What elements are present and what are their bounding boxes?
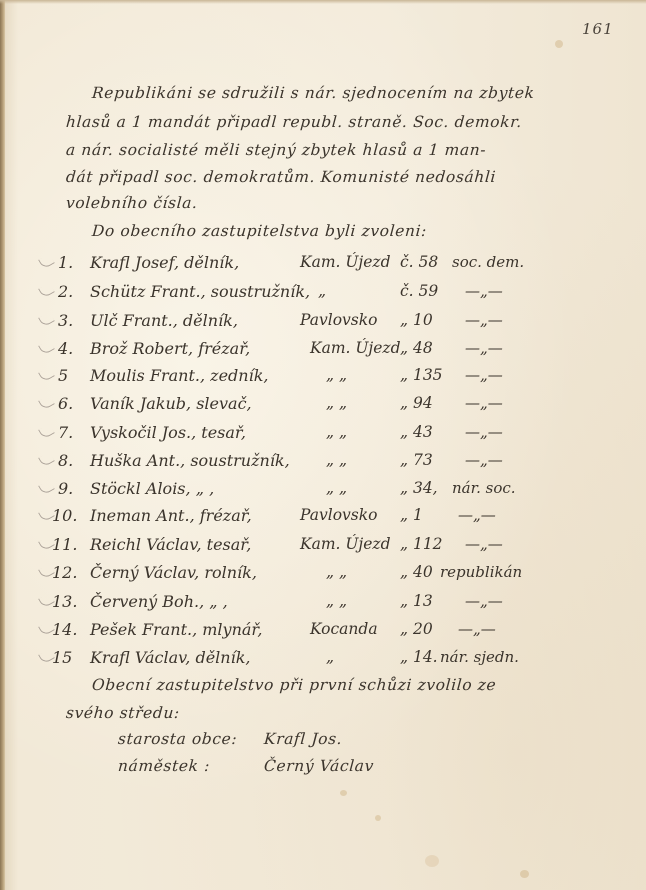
officer-deputy: náměstek :Černý Václav	[117, 757, 374, 775]
elected-entry: 4. Brož Robert, frézař, Kam. Újezd „ 48 …	[0, 339, 646, 367]
elected-entry: 6. Vaník Jakub, slevač, „ „ „ 94 —„—	[0, 394, 646, 422]
entry-place: „ „	[326, 592, 347, 610]
entry-place: Kam. Újezd	[300, 535, 391, 553]
entry-number: 4.	[58, 339, 73, 358]
paper-stain	[425, 855, 439, 867]
checkmark-icon	[38, 282, 55, 298]
checkmark-icon	[38, 253, 55, 269]
elected-entry: 3. Ulč Frant., dělník, Pavlovsko „ 10 —„…	[0, 311, 646, 339]
entry-house-number: „ 135	[400, 366, 443, 384]
elected-entry: 10. Ineman Ant., frézař, Pavlovsko „ 1 —…	[0, 506, 646, 534]
council-line-1: Obecní zastupitelstvo při první schůzi z…	[91, 676, 497, 694]
entry-house-number: „ 43	[400, 423, 433, 441]
entry-number: 3.	[58, 311, 73, 330]
intro-line-3: a nár. socialisté měli stejný zbytek hla…	[65, 141, 486, 159]
entry-name: Huška Ant., soustružník,	[90, 451, 290, 470]
entry-place: Pavlovsko	[300, 311, 377, 329]
entry-party: nár. soc.	[452, 479, 516, 497]
entry-place: „ „	[326, 451, 347, 469]
entry-number: 12.	[52, 563, 77, 582]
elected-entry: 15 Krafl Václav, dělník, „ „ 14. nár. sj…	[0, 648, 646, 676]
entry-name: Ineman Ant., frézař,	[90, 506, 252, 525]
entry-house-number: „ 40	[400, 563, 433, 581]
entry-number: 5	[58, 366, 68, 385]
elected-entry: 7. Vyskočil Jos., tesař, „ „ „ 43 —„—	[0, 423, 646, 451]
checkmark-icon	[38, 311, 55, 327]
document-page: 161 Republikáni se sdružili s nár. sjedn…	[0, 0, 646, 890]
entry-name: Černý Václav, rolník,	[90, 563, 257, 582]
entry-name: Červený Boh., „ ,	[90, 592, 228, 611]
checkmark-icon	[38, 423, 55, 439]
entry-number: 11.	[52, 535, 77, 554]
elected-entry: 8. Huška Ant., soustružník, „ „ „ 73 —„—	[0, 451, 646, 479]
entry-number: 15	[52, 648, 72, 667]
paper-stain	[340, 790, 347, 796]
entry-house-number: „ 112	[400, 535, 443, 553]
entry-place: Kocanda	[310, 620, 378, 638]
entry-party: soc. dem.	[452, 253, 524, 271]
entry-number: 9.	[58, 479, 73, 498]
entry-party: —„—	[465, 451, 503, 469]
entry-name: Brož Robert, frézař,	[90, 339, 250, 358]
intro-line-5: volebního čísla.	[65, 194, 198, 212]
entry-place: „ „	[326, 366, 347, 384]
entry-number: 2.	[58, 282, 73, 301]
entry-place: Kam. Újezd	[300, 253, 391, 271]
intro-line-2: hlasů a 1 mandát připadl republ. straně.…	[65, 113, 522, 131]
entry-house-number: „ 14.	[400, 648, 438, 666]
entry-name: Krafl Josef, dělník,	[90, 253, 239, 272]
elected-entry: 1. Krafl Josef, dělník, Kam. Újezd č. 58…	[0, 253, 646, 281]
entry-number: 13.	[52, 592, 77, 611]
elected-heading: Do obecního zastupitelstva byli zvoleni:	[91, 222, 427, 240]
entry-name: Reichl Václav, tesař,	[90, 535, 251, 554]
elected-entry: 5 Moulis Frant., zedník, „ „ „ 135 —„—	[0, 366, 646, 394]
entry-party: —„—	[465, 535, 503, 553]
intro-line-1: Republikáni se sdružili s nár. sjednocen…	[91, 84, 535, 102]
entry-place: „	[318, 282, 326, 300]
entry-party: nár. sjedn.	[440, 648, 519, 666]
elected-entry: 12. Černý Václav, rolník, „ „ „ 40 repub…	[0, 563, 646, 591]
entry-number: 1.	[58, 253, 73, 272]
entry-number: 8.	[58, 451, 73, 470]
paper-stain	[375, 815, 381, 821]
entry-name: Krafl Václav, dělník,	[90, 648, 250, 667]
entry-name: Vaník Jakub, slevač,	[90, 394, 252, 413]
entry-name: Schütz Frant., soustružník,	[90, 282, 310, 301]
officer-mayor: starosta obce:Krafl Jos.	[117, 730, 343, 748]
elected-entry: 11. Reichl Václav, tesař, Kam. Újezd „ 1…	[0, 535, 646, 563]
entry-name: Stöckl Alois, „ ,	[90, 479, 214, 498]
entry-place: Kam. Újezd	[310, 339, 401, 357]
elected-entry: 2. Schütz Frant., soustružník, „ č. 59 —…	[0, 282, 646, 310]
entry-party: republikán	[440, 563, 522, 581]
entry-party: —„—	[465, 311, 503, 329]
entry-house-number: „ 73	[400, 451, 433, 469]
entry-name: Vyskočil Jos., tesař,	[90, 423, 246, 442]
entry-name: Moulis Frant., zedník,	[90, 366, 268, 385]
entry-party: —„—	[465, 282, 503, 300]
entry-number: 10.	[52, 506, 77, 525]
checkmark-icon	[38, 339, 55, 355]
entry-house-number: „ 20	[400, 620, 433, 638]
entry-place: „ „	[326, 563, 347, 581]
intro-line-4: dát připadl soc. demokratům. Komunisté n…	[65, 168, 496, 186]
page-number: 161	[582, 20, 614, 38]
officer-name: Černý Václav	[263, 757, 374, 775]
entry-party: —„—	[465, 339, 503, 357]
entry-number: 6.	[58, 394, 73, 413]
checkmark-icon	[38, 479, 55, 495]
officer-role: náměstek :	[117, 757, 264, 775]
entry-party: —„—	[465, 423, 503, 441]
elected-entry: 9. Stöckl Alois, „ , „ „ „ 34, nár. soc.	[0, 479, 646, 507]
entry-party: —„—	[465, 394, 503, 412]
entry-house-number: „ 13	[400, 592, 433, 610]
entry-house-number: „ 1	[400, 506, 423, 524]
entry-place: „ „	[326, 423, 347, 441]
paper-stain	[520, 870, 529, 878]
entry-house-number: „ 10	[400, 311, 433, 329]
entry-house-number: „ 34,	[400, 479, 438, 497]
entry-place: „	[326, 648, 334, 666]
page-top-edge	[0, 0, 646, 4]
entry-party: —„—	[458, 620, 496, 638]
entry-house-number: „ 94	[400, 394, 433, 412]
entry-place: Pavlovsko	[300, 506, 377, 524]
elected-entry: 14. Pešek Frant., mlynář, Kocanda „ 20 —…	[0, 620, 646, 648]
entry-house-number: „ 48	[400, 339, 433, 357]
entry-party: —„—	[458, 506, 496, 524]
entry-place: „ „	[326, 394, 347, 412]
officer-name: Krafl Jos.	[263, 730, 343, 748]
checkmark-icon	[38, 366, 55, 382]
checkmark-icon	[38, 394, 55, 410]
entry-party: —„—	[465, 592, 503, 610]
entry-name: Ulč Frant., dělník,	[90, 311, 238, 330]
elected-entry: 13. Červený Boh., „ , „ „ „ 13 —„—	[0, 592, 646, 620]
entry-party: —„—	[465, 366, 503, 384]
checkmark-icon	[38, 451, 55, 467]
entry-place: „ „	[326, 479, 347, 497]
officer-role: starosta obce:	[117, 730, 264, 748]
entry-number: 14.	[52, 620, 77, 639]
entry-name: Pešek Frant., mlynář,	[90, 620, 262, 639]
entry-house-number: č. 58	[400, 253, 438, 271]
entry-number: 7.	[58, 423, 73, 442]
entry-house-number: č. 59	[400, 282, 438, 300]
paper-stain	[555, 40, 563, 48]
council-line-2: svého středu:	[65, 704, 180, 722]
